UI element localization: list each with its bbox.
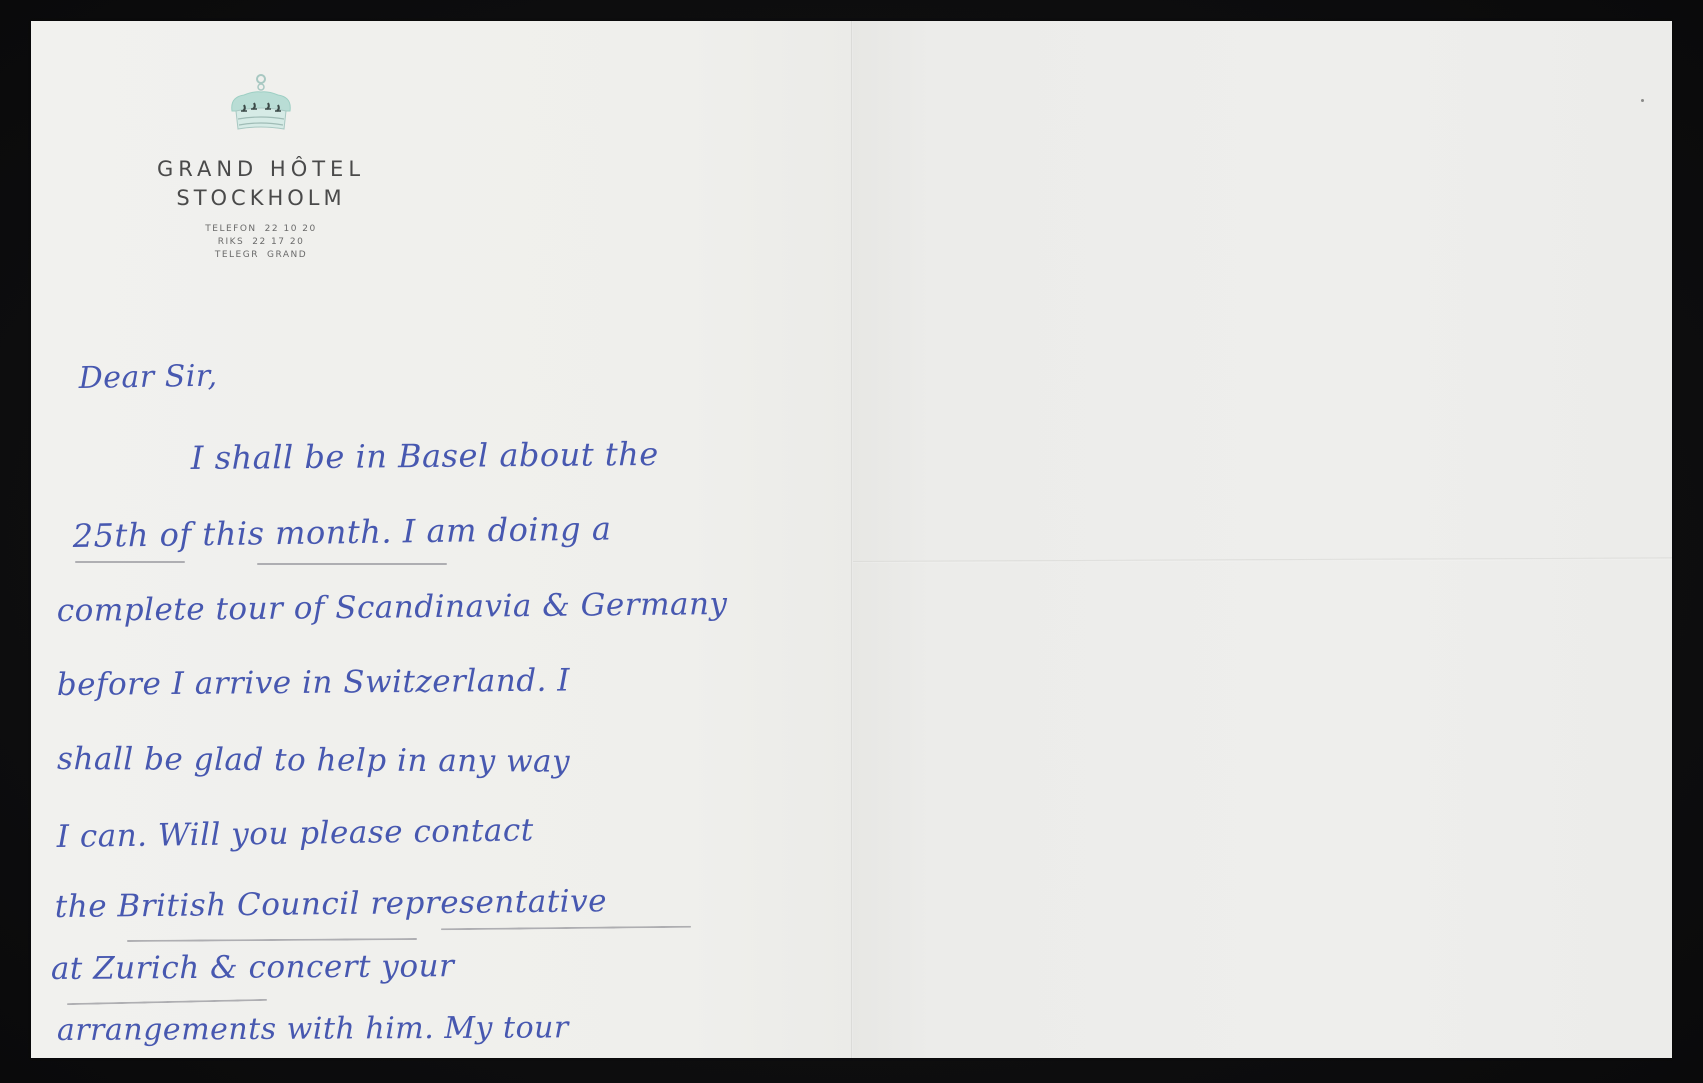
right-page-blank (852, 21, 1672, 1058)
letter-line-5: shall be glad to help in any way (57, 741, 570, 780)
underline-representative (441, 926, 691, 931)
underline-zurich (67, 999, 267, 1005)
underline-month (257, 563, 447, 565)
underline-date (75, 561, 185, 563)
letter-line-8: at Zurich & concert your (51, 948, 455, 987)
letter-line-6: I can. Will you please contact (56, 812, 533, 855)
letter-line-7: the British Council representative (55, 883, 608, 925)
paper-speck (1641, 99, 1644, 102)
handwritten-letter: Dear Sir, I shall be in Basel about the … (31, 21, 852, 1058)
letter-line-2: 25th of this month. I am doing a (72, 509, 611, 555)
letter-line-4: before I arrive in Switzerland. I (57, 663, 571, 703)
letter-line-3: complete tour of Scandinavia & Germany (57, 586, 728, 629)
underline-british-council (127, 938, 417, 942)
letter-line-1: I shall be in Basel about the (191, 435, 659, 477)
salutation: Dear Sir, (78, 359, 217, 396)
dark-backdrop: GRAND HÔTEL STOCKHOLM TELEFON22 10 20 RI… (0, 0, 1703, 1083)
letter-sheet: GRAND HÔTEL STOCKHOLM TELEFON22 10 20 RI… (31, 21, 1672, 1058)
letter-line-9: arrangements with him. My tour (57, 1010, 569, 1048)
